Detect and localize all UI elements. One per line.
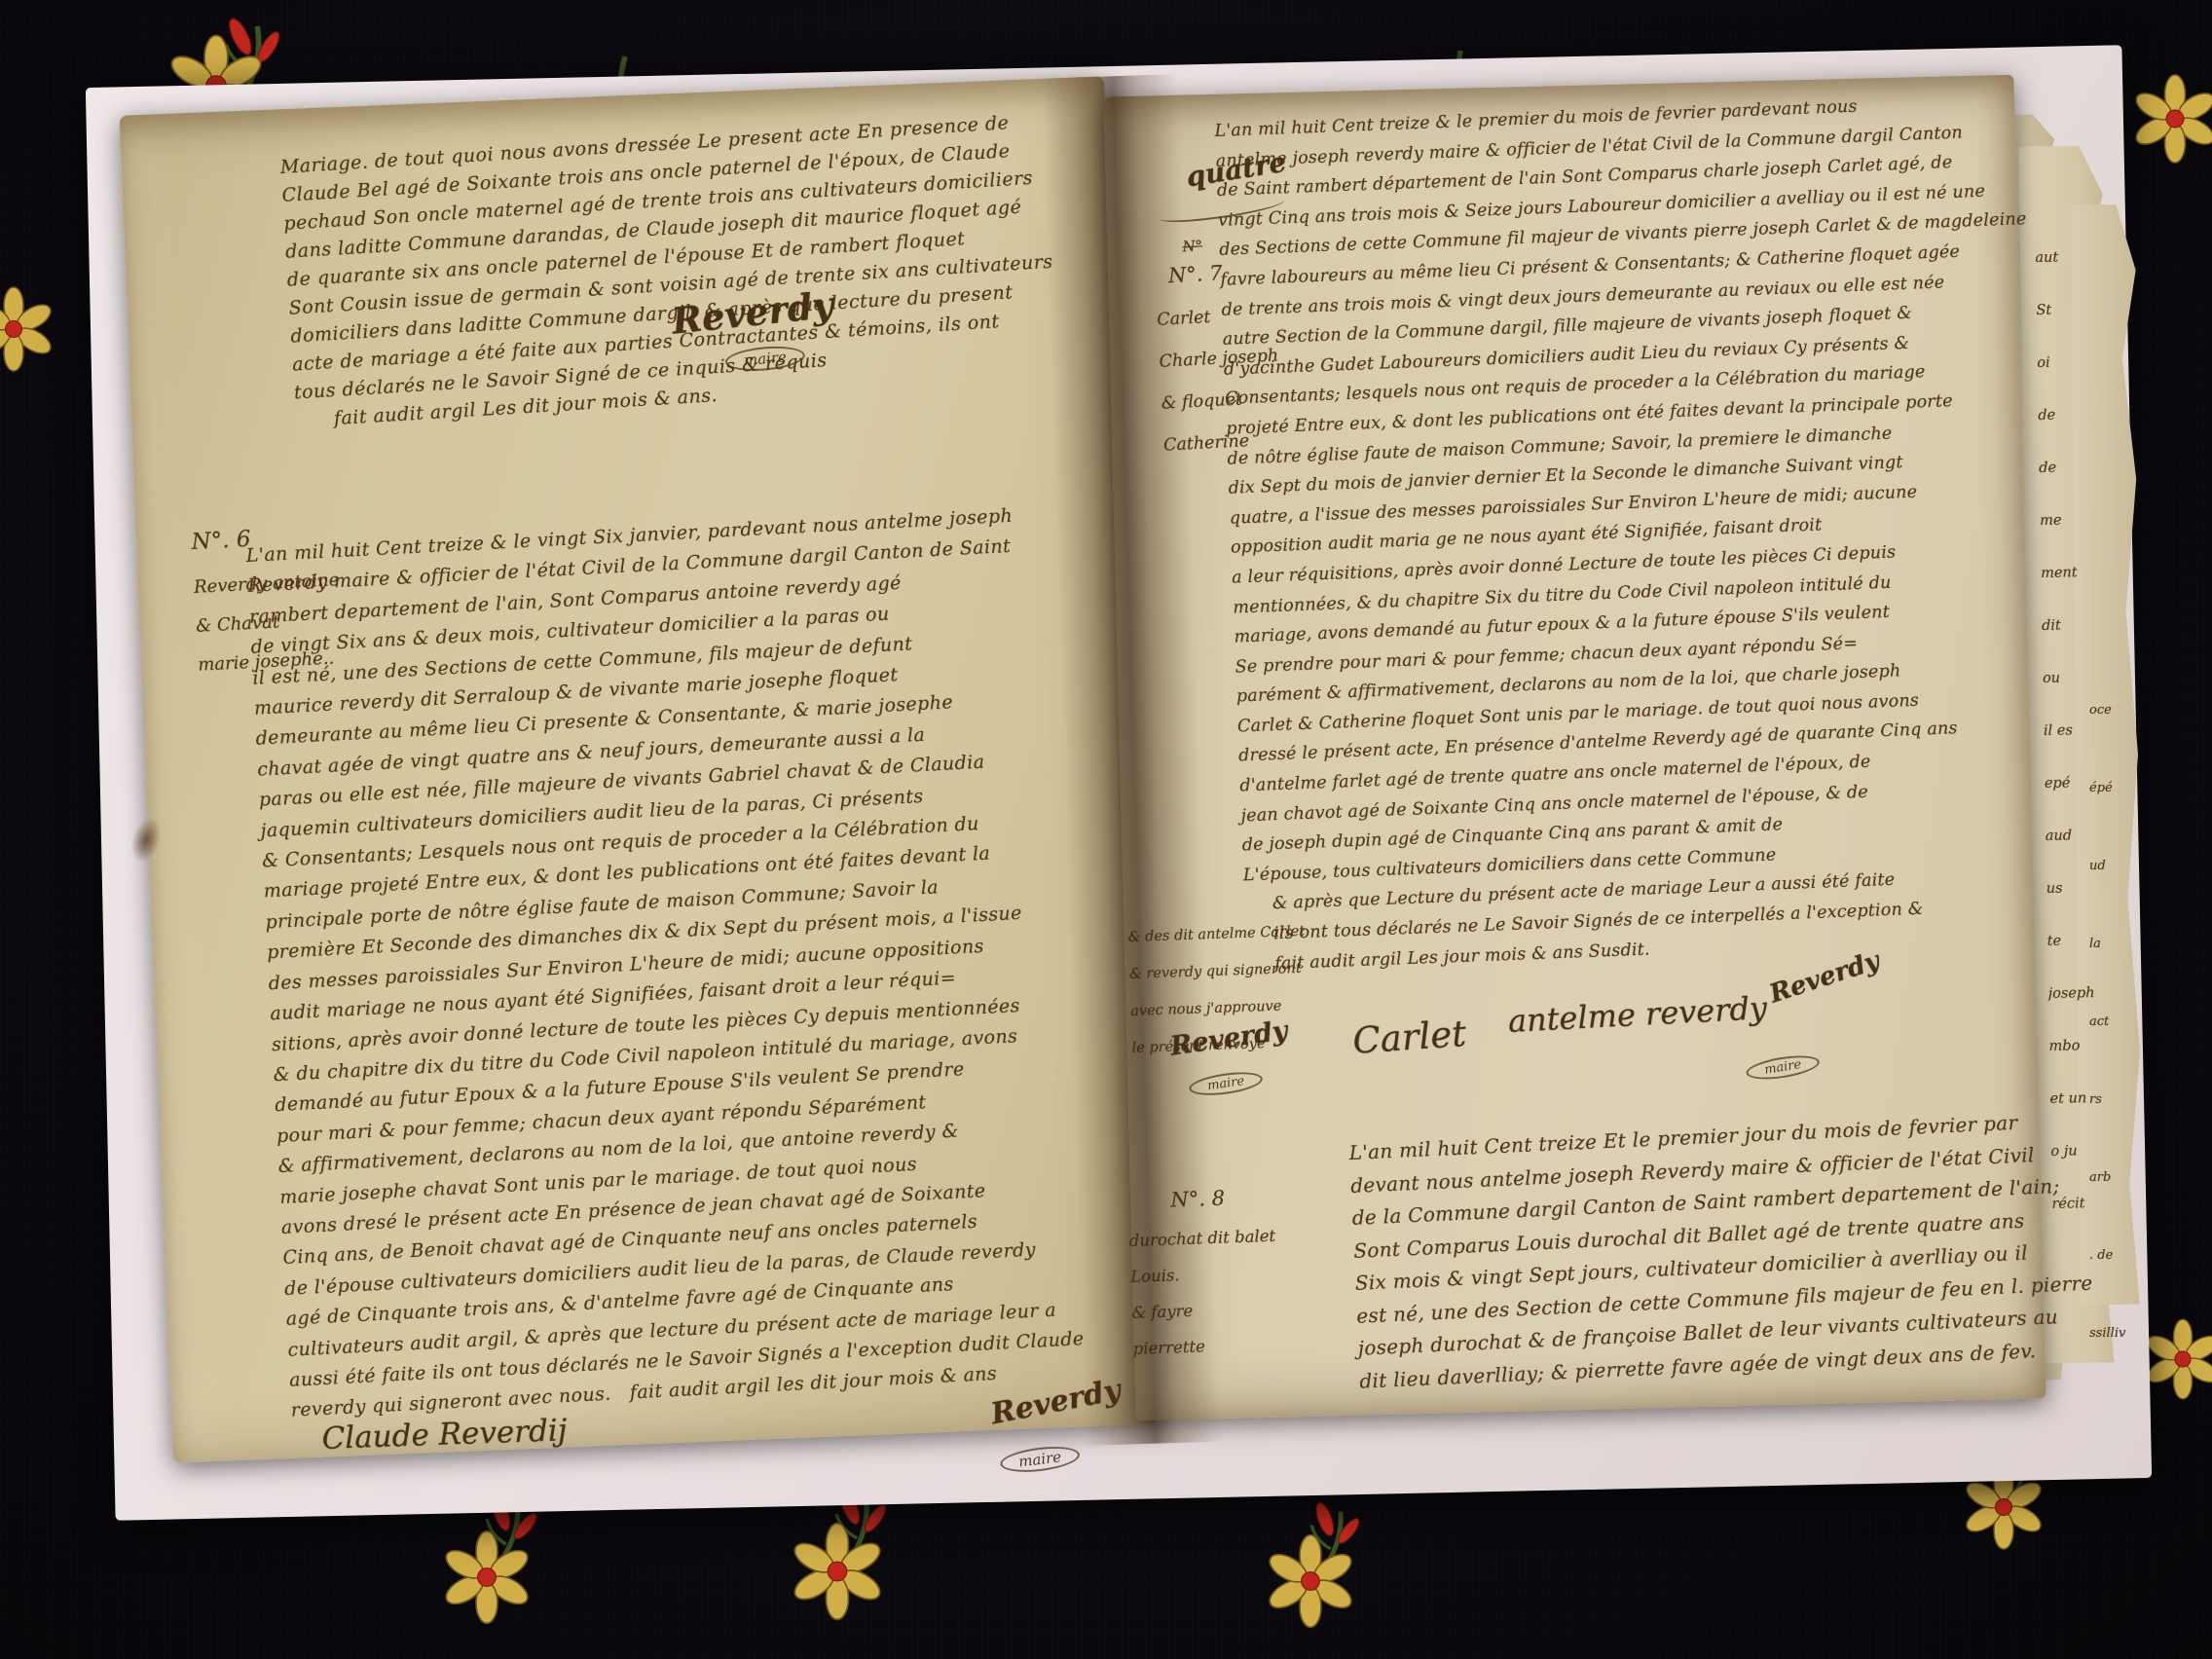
act-number: N°. 8 [1170, 1185, 1274, 1212]
edge-text-fragments: oceépéudlaactrsarb. dessilliv [2089, 672, 2146, 1373]
flower-icon [2132, 75, 2212, 163]
handwritten-line: Louis. [1129, 1254, 1277, 1295]
handwritten-line: ud [2089, 828, 2146, 905]
handwritten-line: ssilliv [2089, 1295, 2146, 1373]
handwritten-line: act [2089, 983, 2146, 1061]
handwritten-line: oce [2089, 672, 2146, 750]
handwritten-line: épé [2089, 750, 2146, 828]
handwritten-line: me [2040, 493, 2126, 547]
handwritten-line: & fayre [1131, 1290, 1279, 1331]
act-6-body: L'an mil huit Cent treize & le vingt Six… [245, 497, 1139, 1426]
act-parties: durochat dit baletLouis.& fayrepierrette [1128, 1218, 1279, 1367]
flower-icon [2144, 1319, 2212, 1399]
flower-icon [442, 1531, 533, 1624]
handwritten-line: durochat dit balet [1128, 1218, 1276, 1259]
handwritten-line: ment [2041, 545, 2127, 600]
handwritten-line: . de [2089, 1217, 2146, 1295]
margin-note-act-8: N°. 8 durochat dit baletLouis.& fayrepie… [1127, 1185, 1280, 1367]
handwritten-line: rs [2089, 1061, 2146, 1139]
handwritten-line: aut [2035, 230, 2121, 284]
groom-signature: Carlet [1351, 1013, 1467, 1062]
flower-icon [790, 1524, 884, 1620]
handwritten-line: St [2036, 282, 2122, 337]
handwritten-line: arb [2089, 1139, 2146, 1217]
act-8-body: L'an mil huit Cent treize Et le premier … [1348, 1106, 2045, 1398]
left-page-closing-act: Mariage. de tout quoi nous avons dressée… [279, 110, 1020, 436]
photograph-of-marriage-register: Mariage. de tout quoi nous avons dressée… [0, 0, 2212, 1659]
handwritten-line: de [2038, 387, 2124, 442]
act-7-body: L'an mil huit Cent treize & le premier d… [1214, 86, 2064, 980]
handwritten-line: la [2089, 905, 2146, 983]
flower-icon [0, 287, 55, 371]
handwritten-line: pierrette [1132, 1326, 1280, 1367]
handwritten-line: dit [2042, 598, 2128, 652]
flower-icon [1266, 1535, 1356, 1628]
handwritten-line: de [2039, 440, 2125, 495]
handwritten-line: oi [2037, 335, 2123, 389]
